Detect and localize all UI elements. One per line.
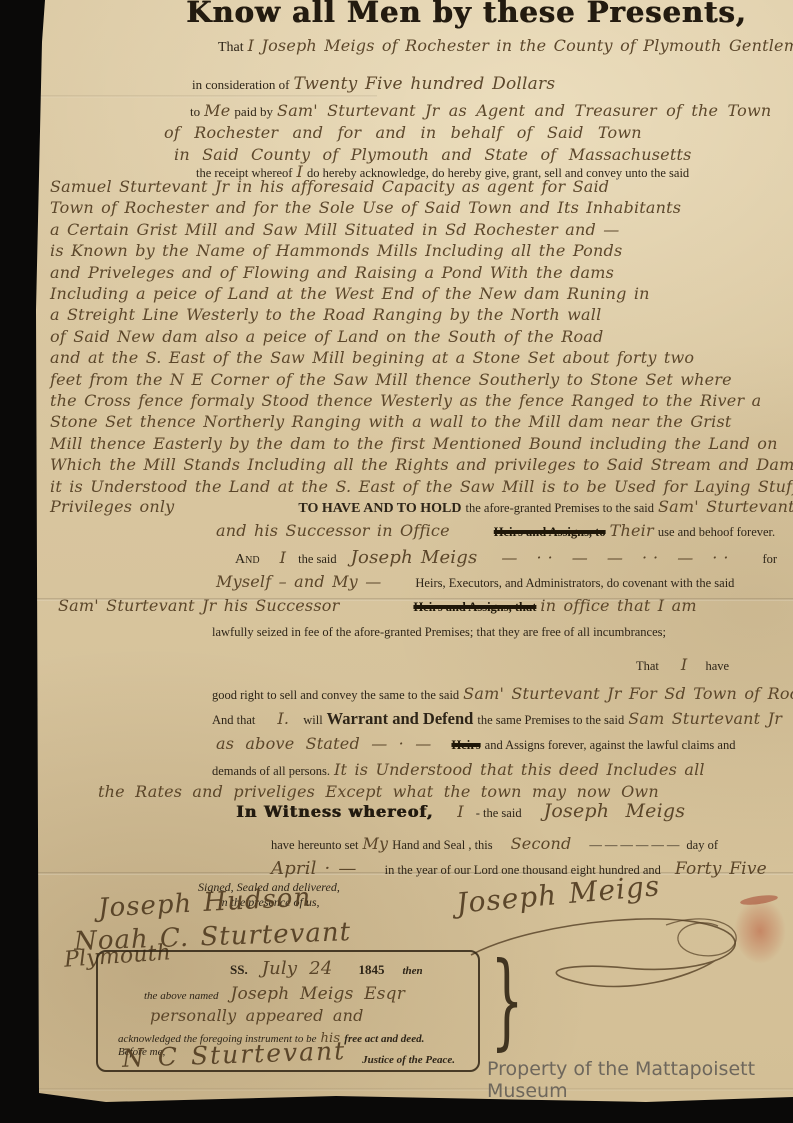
payer-line2-hand: of Rochester and for and in behalf of Sa… — [164, 123, 642, 142]
grantor-name-hand: Joseph Meigs — [351, 547, 478, 568]
to-have-rest-label: the afore-granted Premises to the said — [466, 501, 654, 515]
day-of-label: day of — [686, 838, 718, 852]
that-label: That — [218, 40, 244, 55]
for-label: for — [762, 552, 777, 566]
premises-line: of Said New dam also a peice of Land on … — [50, 326, 793, 347]
use-clause-label: use and behoof forever. — [658, 525, 775, 539]
acknowledgment-brace: } — [491, 948, 524, 1052]
witness-the-said-label: - the said — [476, 806, 522, 820]
understood-line1-hand: It is Understood that this deed Includes… — [334, 760, 705, 779]
witness-grantor-name-hand: Joseph Meigs — [544, 800, 686, 822]
paid-by-label: paid by — [234, 104, 273, 119]
struck-heirs-assigns-to: Heirs and Assigns, to — [494, 525, 606, 539]
premises-line: it is Understood the Land at the S. East… — [50, 476, 793, 497]
justice-signature: N C Sturtevant — [122, 1036, 347, 1073]
premises-line: and Priveleges and of Flowing and Raisin… — [50, 262, 793, 283]
grantee-name2-hand: Sam Sturtevant Jr — [628, 709, 782, 728]
premises-line: Samuel Sturtevant Jr in his afforesaid C… — [50, 176, 793, 197]
struck-heirs-assigns-that: Heirs and Assigns, that — [413, 600, 536, 614]
premises-line: Which the Mill Stands Including all the … — [50, 454, 793, 475]
grantee-name-hand: Sam' Sturtevant Jr — [658, 497, 793, 516]
will-label: will — [303, 713, 322, 727]
document-title: Know all Men by these Presents, — [186, 0, 747, 29]
filler-dashes: — ·· — — ·· — ·· — [501, 548, 734, 567]
and-that-label: And that — [212, 713, 255, 727]
premises-line: the Cross fence formaly Stood thence Wes… — [50, 390, 793, 411]
dash-line: —————— — [589, 838, 682, 852]
as-above-clause-hand: as above Stated — · — — [216, 734, 431, 753]
myself-clause-hand: Myself – and My — — [216, 572, 381, 591]
privileges-only-hand: Privileges only — [50, 497, 174, 516]
i-word2-hand: I — [681, 655, 688, 674]
premises-line: a Certain Grist Mill and Saw Mill Situat… — [50, 219, 793, 240]
i-word-hand: I — [280, 548, 287, 567]
appearer-name-hand: Joseph Meigs Esqr — [231, 984, 406, 1004]
premises-line: Mill thence Easterly by the dam to the f… — [50, 433, 793, 454]
hand-seal-clause-label: Hand and Seal , this — [392, 838, 492, 852]
demands-clause-label: demands of all persons. — [212, 764, 330, 778]
fold-crease — [36, 95, 377, 98]
warrant-defend-label: Warrant and Defend — [327, 709, 474, 728]
payer-line1-hand: Sam' Sturtevant Jr as Agent and Treasure… — [277, 101, 771, 120]
premises-line: Town of Rochester and for the Sole Use o… — [50, 197, 793, 218]
to-label: to — [190, 104, 200, 119]
premises-line: is Known by the Name of Hammonds Mills I… — [50, 240, 793, 261]
set-clause-label: have hereunto set — [271, 838, 358, 852]
their-word-hand: Their — [610, 521, 654, 540]
consideration-label: in consideration of — [192, 77, 289, 92]
then-label: then — [402, 965, 422, 977]
that2-label: That — [636, 659, 659, 673]
grantor-line-hand: I Joseph Meigs of Rochester in the Count… — [248, 36, 793, 55]
premises-line: a Streight Line Westerly to the Road Ran… — [50, 304, 793, 325]
premises-line: Stone Set thence Northerly Ranging with … — [50, 411, 793, 432]
have-label: have — [705, 659, 729, 673]
appeared-clause-hand: personally appeared and — [150, 1006, 364, 1025]
understood-line2-hand: the Rates and priveliges Except what the… — [98, 782, 659, 801]
assigns-clause-label: and Assigns forever, against the lawful … — [485, 738, 736, 752]
my-word-hand: My — [362, 834, 388, 853]
witness1-signature: Joseph Hudson — [97, 882, 312, 923]
to-have-label: TO HAVE AND TO HOLD — [298, 501, 461, 516]
deed-document: Know all Men by these Presents, That I J… — [36, 0, 793, 1102]
witness-i-hand: I — [457, 802, 464, 821]
ack-date-hand: July 24 — [262, 958, 333, 979]
premises-line: feet from the N E Corner of the Saw Mill… — [50, 369, 793, 390]
day-word-hand: Second — [511, 834, 572, 853]
ack-year-value: 1845 — [358, 962, 384, 977]
seized-clause-label: lawfully seized in fee of the afore-gran… — [212, 625, 666, 639]
me-word-hand: Me — [204, 101, 230, 120]
justice-title-label: Justice of the Peace. — [362, 1054, 455, 1066]
grantee-for-town-hand: Sam' Sturtevant Jr For Sd Town of Roches… — [463, 684, 793, 703]
the-said-label: the said — [298, 552, 337, 566]
above-named-label: the above named — [144, 990, 219, 1002]
consideration-value-hand: Twenty Five hundred Dollars — [293, 74, 555, 94]
premises-block: Samuel Sturtevant Jr in his afforesaid C… — [50, 176, 793, 497]
scanned-deed-page: { "colors": { "paper": "#d6c39d", "ink_h… — [0, 0, 793, 1123]
good-right-clause-label: good right to sell and convey the same t… — [212, 688, 459, 702]
same-premises-clause-label: the same Premises to the said — [477, 713, 624, 727]
and-label: And — [235, 552, 260, 567]
museum-watermark: Property of the Mattapoisett Museum — [487, 1058, 793, 1102]
in-witness-label: In Witness whereof, — [236, 802, 433, 821]
premises-line: and at the S. East of the Saw Mill begin… — [50, 347, 793, 368]
in-office-clause-hand: in office that I am — [540, 596, 696, 615]
month-word-hand: April · — — [271, 858, 357, 879]
grantee-successor-hand: Sam' Sturtevant Jr his Successor — [58, 596, 339, 615]
i-word3-hand: I. — [277, 709, 289, 728]
covenant-clause-label: Heirs, Executors, and Administrators, do… — [415, 576, 734, 590]
acknowledgment-box: SS. July 24 1845 then the above named Jo… — [96, 950, 480, 1072]
year-word-hand: Forty Five — [675, 859, 767, 879]
premises-line: Including a peice of Land at the West En… — [50, 283, 793, 304]
ss-label: SS. — [230, 962, 248, 977]
struck-heirs: Heirs — [451, 738, 480, 752]
successor-clause-hand: and his Successor in Office — [216, 521, 450, 540]
